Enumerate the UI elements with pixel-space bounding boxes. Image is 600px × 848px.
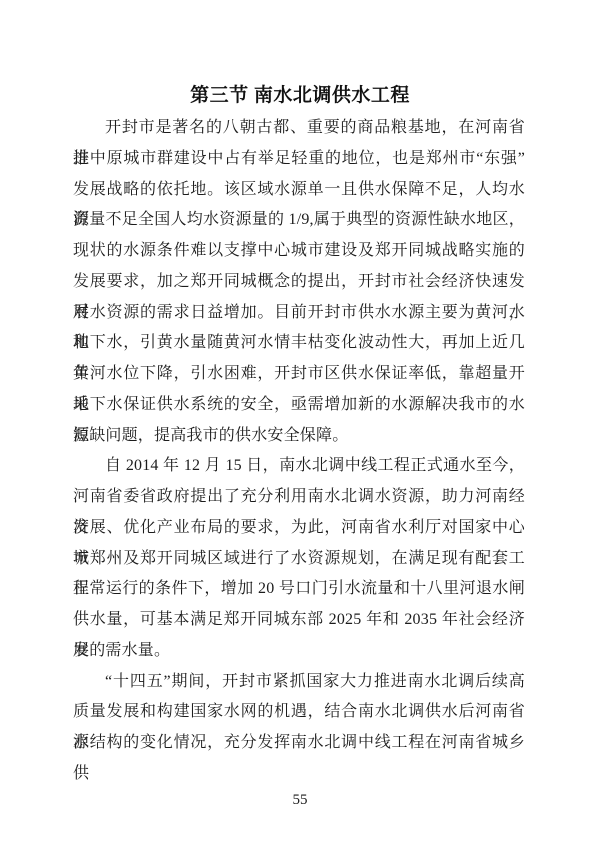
text-line: 发展要求，加之郑开同城概念的提出，开封市社会经济快速发展， bbox=[73, 267, 525, 298]
text-line: 自 2014 年 12 月 15 日，南水北调中线工程正式通水至今， bbox=[73, 451, 525, 482]
text-line: 黄河水位下降，引水困难，开封市区供水保证率低，靠超量开采 bbox=[73, 359, 525, 390]
document-page: 第三节 南水北调供水工程 开封市是著名的八朝古都、重要的商品粮基地，在河南省推进… bbox=[0, 0, 600, 848]
text-line: 市郑州及郑开同城区域进行了水资源规划，在满足现有配套工程 bbox=[73, 544, 525, 575]
body-text: 开封市是著名的八朝古都、重要的商品粮基地，在河南省推进中原城市群建设中占有举足轻… bbox=[73, 113, 525, 759]
text-line: 展的需水量。 bbox=[73, 636, 525, 667]
text-line: 供水量，可基本满足郑开同城东部 2025 年和 2035 年社会经济发 bbox=[73, 605, 525, 636]
text-line: “十四五”期间，开封市紧抓国家大力推进南水北调后续高 bbox=[73, 667, 525, 698]
text-line: 河南省委省政府提出了充分利用南水北调水资源，助力河南经济 bbox=[73, 482, 525, 513]
text-line: 地下水，引黄水量随黄河水情丰枯变化波动性大，再加上近几年 bbox=[73, 328, 525, 359]
text-line: 地下水保证供水系统的安全，亟需增加新的水源解决我市的水源 bbox=[73, 390, 525, 421]
page-number: 55 bbox=[0, 792, 600, 809]
text-line: 发展战略的依托地。该区域水源单一且供水保障不足，人均水资 bbox=[73, 175, 525, 206]
text-line: 源量不足全国人均水资源量的 1/9,属于典型的资源性缺水地区， bbox=[73, 205, 525, 236]
text-line: 对水资源的需求日益增加。目前开封市供水水源主要为黄河水和 bbox=[73, 298, 525, 329]
text-line: 质量发展和构建国家水网的机遇，结合南水北调供水后河南省水 bbox=[73, 697, 525, 728]
text-line: 发展、优化产业布局的要求，为此，河南省水利厅对国家中心城 bbox=[73, 513, 525, 544]
text-line: 现状的水源条件难以支撑中心城市建设及郑开同城战略实施的 bbox=[73, 236, 525, 267]
text-line: 进中原城市群建设中占有举足轻重的地位，也是郑州市“东强” bbox=[73, 144, 525, 175]
text-line: 开封市是著名的八朝古都、重要的商品粮基地，在河南省推 bbox=[73, 113, 525, 144]
text-line: 正常运行的条件下，增加 20 号口门引水流量和十八里河退水闸 bbox=[73, 574, 525, 605]
section-title: 第三节 南水北调供水工程 bbox=[0, 80, 600, 107]
text-line: 短缺问题，提高我市的供水安全保障。 bbox=[73, 421, 525, 452]
text-line: 源结构的变化情况，充分发挥南水北调中线工程在河南省城乡供 bbox=[73, 728, 525, 759]
